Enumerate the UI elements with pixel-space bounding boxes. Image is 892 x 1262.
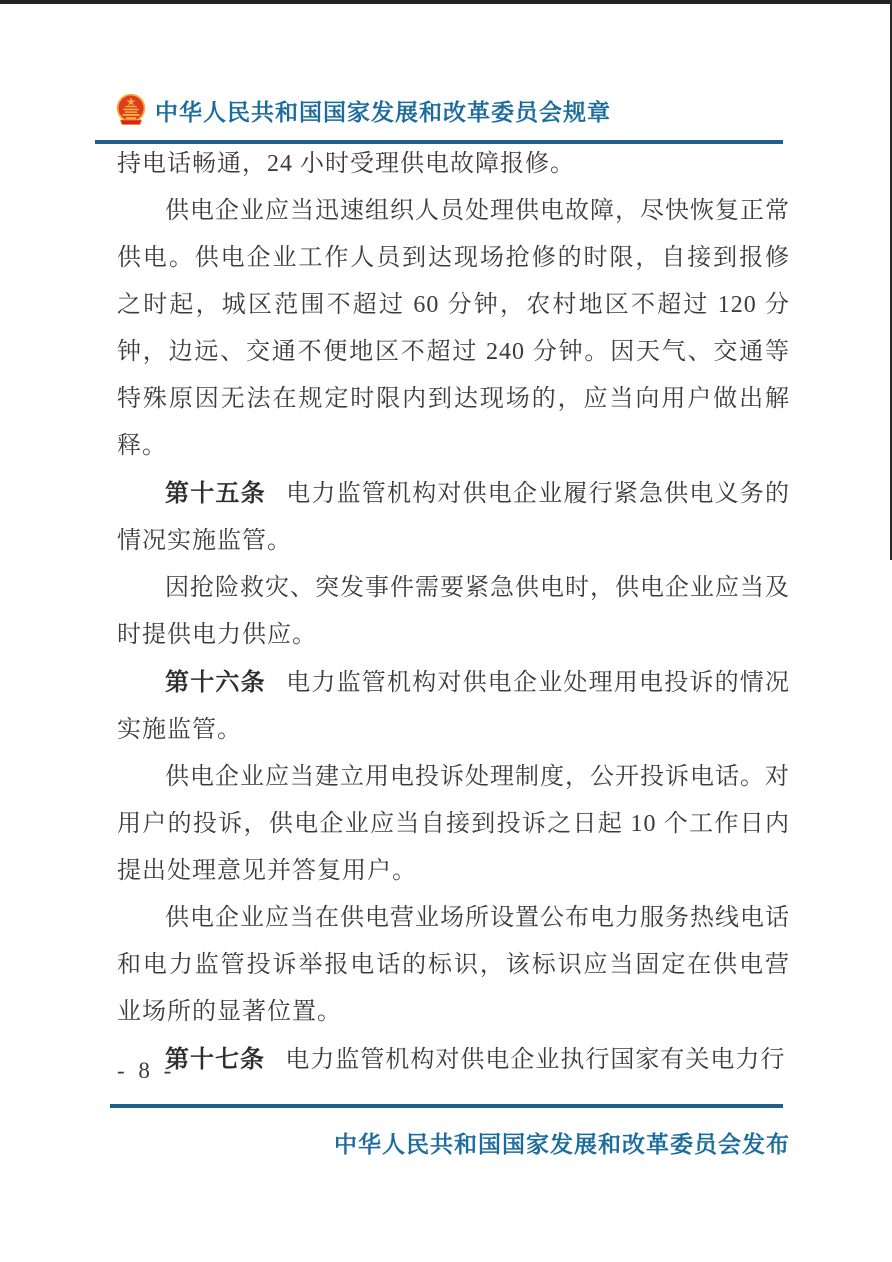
body-paragraph: 持电话畅通，24 小时受理供电故障报修。 (117, 141, 790, 188)
clause-number: 第十六条 (165, 669, 266, 696)
document-header: 中华人民共和国国家发展和改革委员会规章 (114, 92, 611, 128)
clause-number: 第十五条 (165, 480, 266, 507)
top-border-strip (0, 0, 892, 4)
clause-number: 第十七条 (165, 1046, 265, 1073)
publisher-label: 中华人民共和国国家发展和改革委员会发布 (334, 1131, 790, 1157)
body-paragraph: 第十六条电力监管机构对供电企业处理用电投诉的情况实施监管。 (117, 659, 790, 754)
body-paragraph: 供电企业应当在供电营业场所设置公布电力服务热线电话和电力监管投诉举报电话的标识，… (117, 895, 790, 1036)
document-footer: 中华人民共和国国家发展和改革委员会发布 (117, 1126, 790, 1159)
body-paragraph: 第十七条电力监管机构对供电企业执行国家有关电力行 (117, 1036, 790, 1084)
document-body-text: 持电话畅通，24 小时受理供电故障报修。供电企业应当迅速组织人员处理供电故障，尽… (117, 141, 790, 1084)
document-page: 中华人民共和国国家发展和改革委员会规章 持电话畅通，24 小时受理供电故障报修。… (0, 0, 892, 1262)
china-national-emblem-icon (114, 92, 148, 128)
page-number: - 8 - (117, 1058, 175, 1084)
body-paragraph: 供电企业应当迅速组织人员处理供电故障，尽快恢复正常供电。供电企业工作人员到达现场… (117, 188, 790, 470)
body-paragraph: 供电企业应当建立用电投诉处理制度，公开投诉电话。对用户的投诉，供电企业应当自接到… (117, 754, 790, 895)
header-title: 中华人民共和国国家发展和改革委员会规章 (155, 94, 611, 127)
footer-rule (110, 1104, 783, 1108)
body-paragraph: 第十五条电力监管机构对供电企业履行紧急供电义务的情况实施监管。 (117, 470, 790, 565)
body-paragraph: 因抢险救灾、突发事件需要紧急供电时，供电企业应当及时提供电力供应。 (117, 565, 790, 659)
